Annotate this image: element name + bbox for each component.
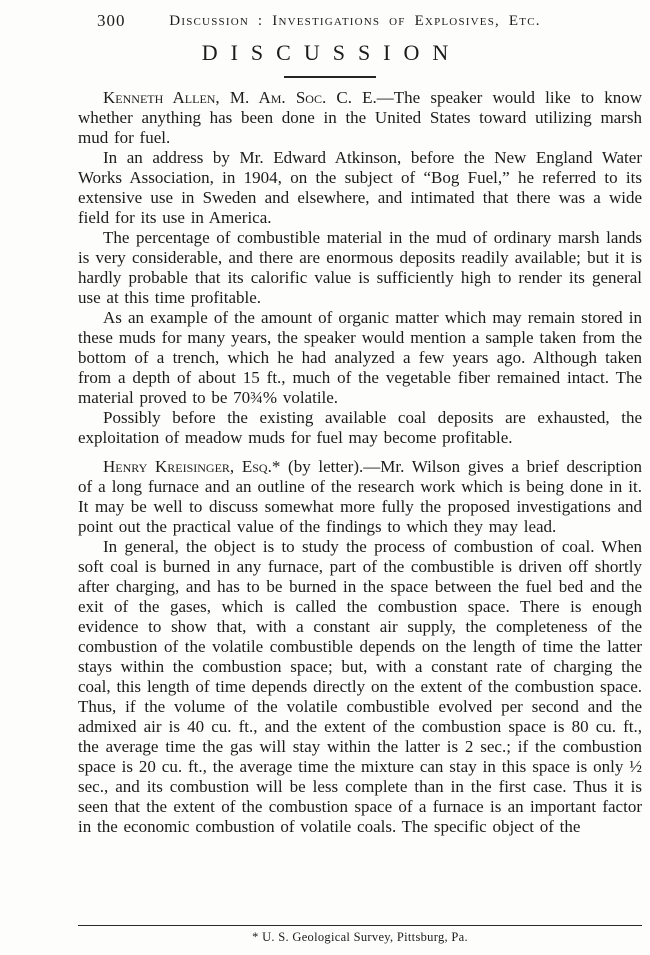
speech-kreisinger: Mr. Kreisinger. Henry Kreisinger, Esq.* …	[78, 457, 642, 837]
paragraph: Possibly before the existing available c…	[78, 408, 642, 448]
title-rule	[284, 76, 376, 78]
speaker-name-kreisinger: Henry Kreisinger, Esq.*	[103, 457, 280, 476]
section-title: DISCUSSION	[0, 40, 650, 66]
running-title: Discussion : Investigations of Explosive…	[125, 13, 585, 30]
body-text: Mr. Allen. Kenneth Allen, M. Am. Soc. C.…	[78, 88, 642, 922]
paragraph: In an address by Mr. Edward Atkinson, be…	[78, 148, 642, 228]
speaker-name-allen: Kenneth Allen, M. Am. Soc. C. E.	[103, 88, 377, 107]
paragraph: Henry Kreisinger, Esq.* (by letter).—Mr.…	[78, 457, 642, 537]
paragraph-text: The percentage of combustible material i…	[78, 228, 642, 307]
page-number: 300	[97, 11, 126, 31]
paragraph: The percentage of combustible material i…	[78, 228, 642, 308]
paragraph: In general, the object is to study the p…	[78, 537, 642, 837]
footnote: * U. S. Geological Survey, Pittsburg, Pa…	[78, 925, 642, 945]
paragraph: Kenneth Allen, M. Am. Soc. C. E.—The spe…	[78, 88, 642, 148]
page-header: 300 Discussion : Investigations of Explo…	[0, 10, 650, 34]
paragraph: As an example of the amount of organic m…	[78, 308, 642, 408]
paragraph-text: In an address by Mr. Edward Atkinson, be…	[78, 148, 642, 227]
paragraph-text: As an example of the amount of organic m…	[78, 308, 642, 407]
paragraph-text: In general, the object is to study the p…	[78, 537, 642, 836]
paragraph-text: Possibly before the existing available c…	[78, 408, 642, 447]
footnote-text: * U. S. Geological Survey, Pittsburg, Pa…	[252, 930, 468, 944]
speech-allen: Mr. Allen. Kenneth Allen, M. Am. Soc. C.…	[78, 88, 642, 448]
